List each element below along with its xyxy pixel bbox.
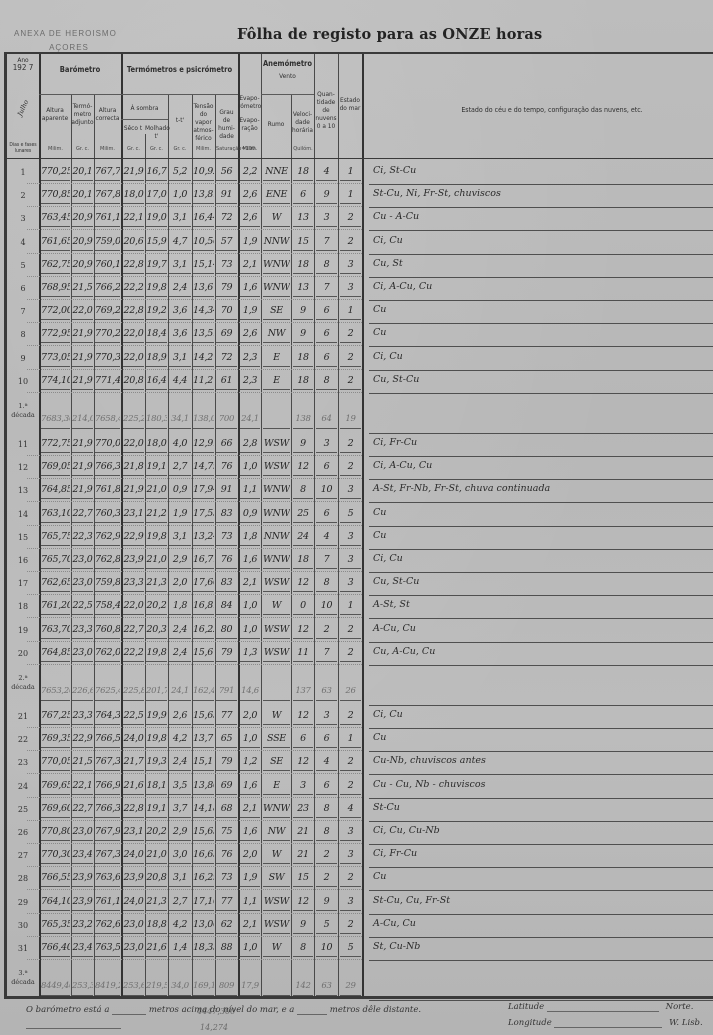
cell-mar: 3 [340,577,361,592]
cell-nuv: 3 [316,438,337,453]
row-guide-line [27,913,362,914]
cell-evap: 1,0 [240,624,260,639]
cell-corr: 762,69 [95,919,120,934]
cell-tadj: 22,9 [72,733,93,748]
cell-mar: 1 [340,189,361,204]
row-guide-line [27,843,362,844]
direction-header: Rumo [261,120,291,128]
cell-rumo [263,686,290,701]
barometer-text-c: metros dêle distante. [330,1005,421,1015]
cell-tens: 13,80 [193,780,214,795]
cell-evap: 1,0 [240,942,260,957]
cell-alt: 765,75 [41,531,70,546]
wind-header: Vento [261,72,314,80]
cell-rumo: W [263,849,290,864]
cell-molh: 18,1 [146,780,167,795]
cell-hum: 77 [216,896,237,911]
cell-nuv: 6 [316,461,337,476]
cell-diff: 2,7 [169,896,191,911]
cell-corr: 770,01 [95,438,120,453]
cell-tadj: 23,4 [72,942,93,957]
cell-molh: 219,5 [146,981,167,996]
cell-mar: 3 [340,282,361,297]
cell-tens: 13,67 [193,282,214,297]
table-row: 16765,7023,0762,8623,921,02,916,71761,6W… [7,550,713,573]
cell-seco: 22,5 [123,710,144,725]
cell-tens: 13,51 [193,328,214,343]
day-number: 16 [7,556,39,565]
cell-seco: 23,1 [123,508,144,523]
row-guide-line [27,455,362,456]
cell-hum: 91 [216,484,237,499]
cell-tens: 15,17 [193,756,214,771]
cell-molh: 19,1 [146,461,167,476]
sky-remark: Ci, Cu, Cu-Nb [373,825,703,836]
cell-tadj: 20,9 [72,259,93,274]
cell-molh: 19,3 [146,756,167,771]
cell-mar: 2 [340,647,361,662]
cell-corr: 767,90 [95,826,120,841]
cell-hum: 83 [216,577,237,592]
cell-tadj: 23,2 [72,919,93,934]
cell-corr: 770,31 [95,352,120,367]
sky-remark: Cu, St [373,258,703,269]
cell-tadj: 21,5 [72,756,93,771]
cell-tadj: 23,0 [72,826,93,841]
cell-diff: 3,1 [169,352,191,367]
cell-mar: 2 [340,328,361,343]
cell-rumo: SE [263,305,290,320]
cell-vel: 13 [293,282,313,297]
cell-alt: 770,30 [41,849,70,864]
cell-tadj: 20,9 [72,212,93,227]
cell-alt: 764,10 [41,896,70,911]
cell-vel: 15 [293,236,313,251]
cell-alt: 765,35 [41,919,70,934]
cell-evap: 2,1 [240,803,260,818]
cell-diff: 3,0 [169,849,191,864]
cell-tadj: 23,4 [72,849,93,864]
table-row: 27770,3023,4767,3924,021,03,016,65762,0W… [7,845,713,868]
cell-tadj: 22,3 [72,531,93,546]
longitude-suffix: W. Lisb. [669,1018,703,1028]
cell-diff: 3,6 [169,305,191,320]
cell-corr: 766,39 [95,803,120,818]
unit-label: Saturação=100 [216,146,237,152]
shade-header: À sombra [121,104,168,112]
cell-nuv: 6 [316,352,337,367]
sky-remark: A-St, St [373,599,703,610]
cell-evap: 2,1 [240,919,260,934]
sky-remark: Cu [373,732,703,743]
cell-rumo: NNW [263,531,290,546]
cell-diff: 2,4 [169,624,191,639]
cell-diff: 4,0 [169,438,191,453]
cell-molh: 15,9 [146,236,167,251]
cell-tens: 15,14 [193,259,214,274]
day-number: 29 [7,898,39,907]
sky-remark: Ci, Fr-Cu [373,437,703,448]
cell-evap: 2,8 [240,438,260,453]
sky-remark: Ci, A-Cu, Cu [373,281,703,292]
cell-mar: 26 [340,686,361,701]
cell-molh: 19,8 [146,647,167,662]
row-guide-line [27,501,362,502]
row-guide-line [27,959,362,960]
latitude-row: Latitude Norte. [508,1002,693,1012]
unit-label: Milim. [95,146,120,152]
cell-mar: 2 [340,780,361,795]
cell-hum: 61 [216,375,237,390]
cell-hum: 66 [216,438,237,453]
cell-corr: 761,80 [95,484,120,499]
cell-rumo: W [263,212,290,227]
table-row: 18761,2022,5758,4322,020,21,816,81841,0W… [7,596,713,619]
cell-alt: 764,85 [41,484,70,499]
cell-molh: 17,0 [146,189,167,204]
cell-tadj: 23,3 [72,624,93,639]
cell-corr: 7658,47 [95,414,120,429]
table-row: 23770,0521,5767,3821,719,32,415,17791,2S… [7,752,713,775]
cell-seco: 23,9 [123,872,144,887]
cell-tens: 14,27 [193,352,214,367]
cell-tens: 12,91 [193,438,214,453]
cell-seco: 225,2 [123,414,144,429]
evaporometer-title: Evapo-rómetro [238,94,261,110]
cell-corr: 763,60 [95,872,120,887]
table-row: 12769,0521,9766,3321,819,12,714,79761,0W… [7,457,713,480]
cell-tadj: 21,9 [72,484,93,499]
table-row: 15765,7522,3762,9922,919,83,113,24731,8N… [7,527,713,550]
table-row: 21767,2523,3764,3722,519,92,615,65772,0W… [7,706,713,729]
cell-diff: 2,0 [169,577,191,592]
cell-rumo: WSW [263,438,290,453]
elevation-field[interactable] [112,1005,146,1015]
sky-state-header: Estado do céu e do tempo, configuração d… [407,106,697,114]
cell-rumo: NW [263,328,290,343]
cell-evap: 1,0 [240,733,260,748]
cell-corr: 761,13 [95,896,120,911]
cell-evap: 2,1 [240,577,260,592]
cell-vel: 12 [293,577,313,592]
longitude-field[interactable] [554,1018,662,1028]
cell-vel: 0 [293,600,313,615]
cell-diff: 2,4 [169,647,191,662]
cell-diff: 3,5 [169,780,191,795]
cell-rumo: WNW [263,259,290,274]
cell-vel: 24 [293,531,313,546]
cell-tadj: 22,1 [72,780,93,795]
day-number: 8 [7,330,39,339]
cell-mar: 1 [340,166,361,181]
cell-nuv: 6 [316,328,337,343]
row-guide-line [27,525,362,526]
row-guide-line [27,727,362,728]
cell-seco: 18,0 [123,189,144,204]
cell-vel: 12 [293,624,313,639]
cell-tens: 11,27 [193,375,214,390]
cell-rumo: NW [263,826,290,841]
cell-seco: 20,8 [123,375,144,390]
table-row: 7772,0022,0769,2722,819,23,614,34701,9SE… [7,301,713,324]
cloud-amount-header: Quan-tidade de nuvens 0 a 10 [314,90,338,130]
cell-diff: 3,7 [169,803,191,818]
day-number: 12 [7,463,39,472]
sky-remark: Cu, St-Cu [373,576,703,587]
cell-vel: 3 [293,780,313,795]
cell-evap: 1,8 [240,531,260,546]
cell-evap: 1,9 [240,236,260,251]
cell-nuv: 10 [316,600,337,615]
cell-mar: 1 [340,305,361,320]
cell-rumo: E [263,780,290,795]
day-number: 27 [7,851,39,860]
cell-tadj: 22,5 [72,600,93,615]
cell-mar: 19 [340,414,361,429]
cell-hum: 73 [216,531,237,546]
day-number: 11 [7,440,39,449]
cell-corr: 767,38 [95,756,120,771]
cell-nuv: 6 [316,780,337,795]
distance-field[interactable] [297,1005,327,1015]
latitude-label: Latitude [508,1002,544,1012]
row-guide-line [27,797,362,798]
footer-rule [26,1028,121,1029]
day-number: 9 [7,354,39,363]
row-guide-line [27,936,362,937]
cell-evap: 1,1 [240,484,260,499]
row-guide-line [27,866,362,867]
cell-seco: 22,2 [123,282,144,297]
cell-molh: 20,2 [146,826,167,841]
latitude-field[interactable] [547,1002,659,1012]
table-row: 28766,5523,9763,6023,920,83,116,29731,9S… [7,868,713,891]
cell-mar: 2 [340,624,361,639]
cell-hum: 57 [216,236,237,251]
cell-vel: 23 [293,803,313,818]
year-label: Ano 192 7 [7,56,39,72]
cell-nuv: 8 [316,577,337,592]
cell-seco: 21,8 [123,461,144,476]
cell-evap: 2,1 [240,259,260,274]
cell-corr: 758,43 [95,600,120,615]
table-row: 13764,8521,9761,8021,921,00,917,94911,1W… [7,480,713,503]
cell-tens: 15,65 [193,826,214,841]
day-number: 30 [7,921,39,930]
cell-seco: 24,0 [123,733,144,748]
table-row: 14763,1022,7760,3023,121,21,917,55830,9W… [7,504,713,527]
cell-nuv: 4 [316,531,337,546]
row-guide-line [27,750,362,751]
cell-nuv: 8 [316,259,337,274]
row-guide-line [27,664,362,665]
cell-mar: 5 [340,508,361,523]
cell-tadj: 22,7 [72,508,93,523]
cell-rumo: NNE [263,166,290,181]
cell-nuv: 8 [316,375,337,390]
cell-corr: 7625,47 [95,686,120,701]
cell-diff: 5,2 [169,166,191,181]
cell-evap: 2,3 [240,352,260,367]
cell-corr: 760,12 [95,259,120,274]
cell-vel: 18 [293,166,313,181]
cell-alt: 769,65 [41,780,70,795]
cell-rumo: WNW [263,484,290,499]
cell-diff: 1,9 [169,508,191,523]
table-row: 22769,3522,9766,5124,019,84,213,77651,0S… [7,729,713,752]
unit-label: Milim. [41,146,70,152]
attached-thermometer-header: Termó-metro adjunto [71,102,94,126]
cell-rumo: WSW [263,461,290,476]
cell-evap: 2,6 [240,328,260,343]
cell-hum: 79 [216,647,237,662]
cell-diff: 2,4 [169,282,191,297]
cell-nuv: 7 [316,554,337,569]
day-number: 20 [7,649,39,658]
decade-label: 3.ª década [7,969,39,987]
cell-corr: 761,17 [95,212,120,227]
cell-mar: 2 [340,212,361,227]
cell-vel: 137 [293,686,313,701]
cell-vel: 9 [293,328,313,343]
row-guide-line [27,299,362,300]
cell-tens: 16,22 [193,624,214,639]
cell-corr: 766,91 [95,780,120,795]
cell-diff: 3,6 [169,328,191,343]
cell-alt: 772,95 [41,328,70,343]
day-number: 31 [7,944,39,953]
cell-molh: 20,3 [146,624,167,639]
monthly-total-line-2: 14,274 [200,1023,228,1032]
table-row: 25769,6022,7766,3922,819,13,714,18682,1W… [7,799,713,822]
cell-hum: 69 [216,780,237,795]
stamp-line-1: ANEXA DE HEROISMO [14,27,124,41]
cell-corr: 762,86 [95,554,120,569]
cell-diff: 4,2 [169,919,191,934]
unit-label: Gr. c. [146,146,167,152]
cell-rumo: E [263,352,290,367]
sky-remark: Ci, Cu [373,709,703,720]
humidity-header: Grau de humi-dade [215,108,238,140]
cell-vel: 25 [293,508,313,523]
row-guide-line [27,345,362,346]
cell-nuv: 3 [316,212,337,227]
cell-molh: 180,3 [146,414,167,429]
cell-vel: 11 [293,647,313,662]
table-row: 31766,4023,4763,5723,021,61,418,35881,0W… [7,938,713,961]
cell-evap: 2,0 [240,849,260,864]
cell-diff: 2,4 [169,756,191,771]
table-row: 10774,1021,9771,4220,816,44,411,27612,3E… [7,371,713,394]
cell-vel: 18 [293,554,313,569]
cell-nuv: 4 [316,166,337,181]
cell-mar: 3 [340,484,361,499]
table-row: 11772,7521,9770,0122,018,04,012,91662,8W… [7,434,713,457]
cell-evap: 14,6 [240,686,260,701]
row-guide-line [27,773,362,774]
cell-tadj: 21,9 [72,352,93,367]
cell-molh: 18,4 [146,328,167,343]
cell-nuv: 10 [316,942,337,957]
cell-tens: 17,55 [193,508,214,523]
cell-seco: 22,9 [123,531,144,546]
cell-alt: 772,75 [41,438,70,453]
cell-nuv: 8 [316,803,337,818]
cell-hum: 73 [216,872,237,887]
cell-molh: 18,0 [146,438,167,453]
cell-molh: 20,2 [146,600,167,615]
cell-tens: 169,16 [193,981,214,996]
thermometers-group-header: Termómetros e psicrómetro [121,66,238,74]
cell-nuv: 6 [316,305,337,320]
barometer-group-header: Barómetro [39,66,121,74]
sky-remark: A-St, Fr-Nb, Fr-St, chuva continuada [373,483,703,494]
cell-mar: 2 [340,756,361,771]
unit-label: Gr. c. [169,146,191,152]
cell-corr: 762,99 [95,531,120,546]
cell-diff: 3,1 [169,872,191,887]
cell-alt: 766,40 [41,942,70,957]
cell-evap: 1,2 [240,756,260,771]
row-guide-line [27,229,362,230]
cell-rumo: SSE [263,733,290,748]
decade-summary-row: 2.ª década7653,20226,67625,47225,8201,72… [7,666,713,706]
day-number: 17 [7,579,39,588]
cell-hum: 84 [216,600,237,615]
cell-tadj: 20,1 [72,189,93,204]
cell-alt: 772,00 [41,305,70,320]
cell-rumo: WNW [263,554,290,569]
day-number: 18 [7,602,39,611]
cell-hum: 72 [216,212,237,227]
cell-diff: 0,9 [169,484,191,499]
cell-tens: 14,34 [193,305,214,320]
register-sheet: ANEXA DE HEROISMO AÇORES Fôlha de regist… [0,0,713,1035]
cell-tens: 17,94 [193,484,214,499]
cell-tadj: 20,1 [72,166,93,181]
table-row: 3763,4520,9761,1722,119,03,116,44722,6W1… [7,208,713,231]
cell-tadj: 23,9 [72,872,93,887]
cell-mar: 5 [340,942,361,957]
sea-state-header: Estado do mar [338,96,362,112]
cell-nuv: 2 [316,849,337,864]
cell-rumo: WNW [263,803,290,818]
cell-tens: 13,81 [193,189,214,204]
table-row: 17762,6523,0759,8123,321,32,017,60832,1W… [7,573,713,596]
cell-corr: 771,42 [95,375,120,390]
cell-tens: 162,44 [193,686,214,701]
cell-tadj: 21,9 [72,461,93,476]
sky-remark: Cu - A-Cu [373,211,703,222]
cell-mar: 3 [340,849,361,864]
cell-corr: 767,85 [95,189,120,204]
unit-label: Milim. [240,146,260,152]
difference-header: t-t' [168,116,192,124]
cell-corr: 766,51 [95,733,120,748]
cell-evap: 0,9 [240,508,260,523]
cell-vel: 12 [293,461,313,476]
cell-hum: 68 [216,803,237,818]
year-value: 192 7 [7,64,39,72]
cell-seco: 22,0 [123,328,144,343]
cell-vel: 8 [293,942,313,957]
cell-hum: 72 [216,352,237,367]
sky-remark: St, Cu-Nb [373,941,703,952]
cell-rumo: SW [263,872,290,887]
cell-evap: 1,1 [240,896,260,911]
table-row: 5762,7520,9760,1222,819,73,115,14732,1WN… [7,255,713,278]
row-guide-line [27,571,362,572]
